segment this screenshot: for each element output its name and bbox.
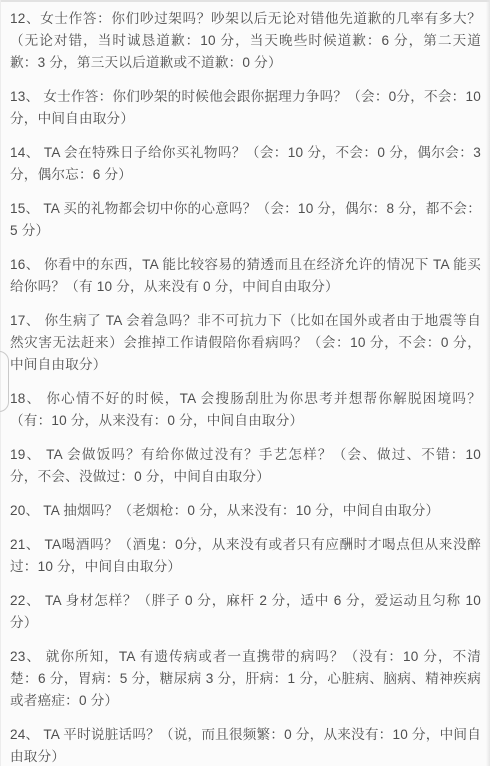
question-item-14: 14、 TA 会在特殊日子给你买礼物吗？（会：10 分，不会：0 分，偶尔会：3…: [10, 142, 481, 186]
question-item-22: 22、 TA 身材怎样？（胖子 0 分，麻杆 2 分，适中 6 分，爱运动且匀称…: [10, 590, 481, 634]
question-item-18: 18、 你心情不好的时候，TA 会搜肠刮肚为你思考并想帮你解脱困境吗？（有：10…: [10, 388, 481, 432]
partial-box-outline: [0, 351, 9, 412]
question-item-21: 21、 TA喝酒吗？（酒鬼：0分，从来没有或者只有应酬时才喝点但从来没醉过：10…: [10, 534, 481, 578]
question-item-20: 20、 TA 抽烟吗？（老烟枪：0 分，从来没有：10 分，中间自由取分）: [10, 500, 481, 522]
question-item-15: 15、 TA 买的礼物都会切中你的心意吗？（会：10 分，偶尔：8 分，都不会：…: [10, 198, 481, 242]
question-item-12: 12、女士作答：你们吵过架吗？吵架以后无论对错他先道歉的几率有多大？（无论对错，…: [10, 8, 481, 74]
question-item-23: 23、 就你所知，TA 有遗传病或者一直携带的病吗？（没有：10 分，不清楚：6…: [10, 646, 481, 712]
page-top-edge: [0, 0, 490, 2]
page-right-edge: [486, 0, 490, 766]
question-item-19: 19、 TA 会做饭吗？有给你做过没有？手艺怎样？（会、做过、不错：10 分，不…: [10, 444, 481, 488]
page-left-edge: [0, 0, 1, 766]
question-item-17: 17、 你生病了 TA 会着急吗？非不可抗力下（比如在国外或者由于地震等自然灾害…: [10, 310, 481, 376]
questionnaire-page: 12、女士作答：你们吵过架吗？吵架以后无论对错他先道歉的几率有多大？（无论对错，…: [0, 0, 490, 766]
question-item-24: 24、 TA 平时说脏话吗？（说，而且很频繁：0 分，从来没有：10 分，中间自…: [10, 724, 481, 766]
question-item-16: 16、 你看中的东西，TA 能比较容易的猜透而且在经济允许的情况下 TA 能买给…: [10, 254, 481, 298]
question-item-13: 13、 女士作答：你们吵架的时候他会跟你据理力争吗？（会：0分，不会：10 分，…: [10, 86, 481, 130]
